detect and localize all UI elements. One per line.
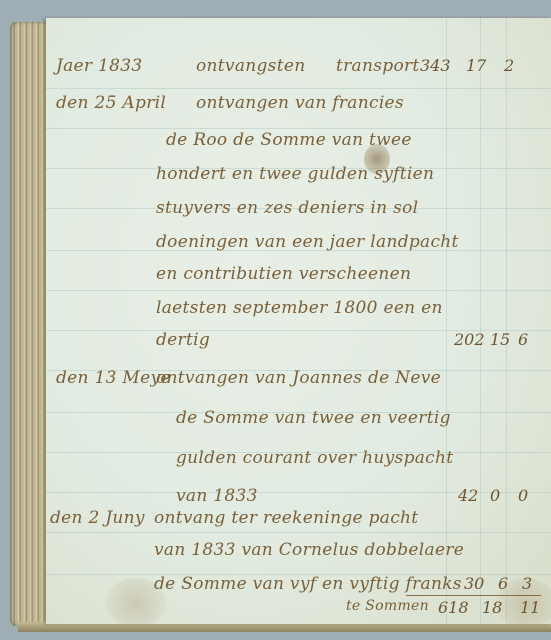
entry-text: van 1833 van Cornelus dobbelaere: [154, 540, 464, 560]
entry-amount-guilders: 30: [464, 574, 484, 593]
entry-amount-stuivers: 0: [490, 486, 500, 505]
total-amount-guilders: 618: [438, 598, 469, 617]
ledger-lower-overlay: 42 0 0 den 2 Juny ontvang ter reekeninge…: [46, 18, 551, 624]
entry-amount-deniers: 0: [518, 486, 528, 505]
total-amount-stuivers: 18: [482, 598, 502, 617]
entry-amount-stuivers: 6: [498, 574, 508, 593]
entry-text: ontvang ter reekeninge pacht: [154, 508, 418, 528]
entry-amount-deniers: 3: [522, 574, 532, 593]
total-amount-deniers: 11: [520, 598, 540, 617]
entry-date: den 2 Juny: [50, 508, 145, 528]
total-label: te Sommen: [346, 598, 429, 614]
entry-amount-guilders: 42: [458, 486, 478, 505]
entry-text: de Somme van vyf en vyftig franks: [154, 574, 462, 594]
sum-underline: [406, 595, 541, 596]
